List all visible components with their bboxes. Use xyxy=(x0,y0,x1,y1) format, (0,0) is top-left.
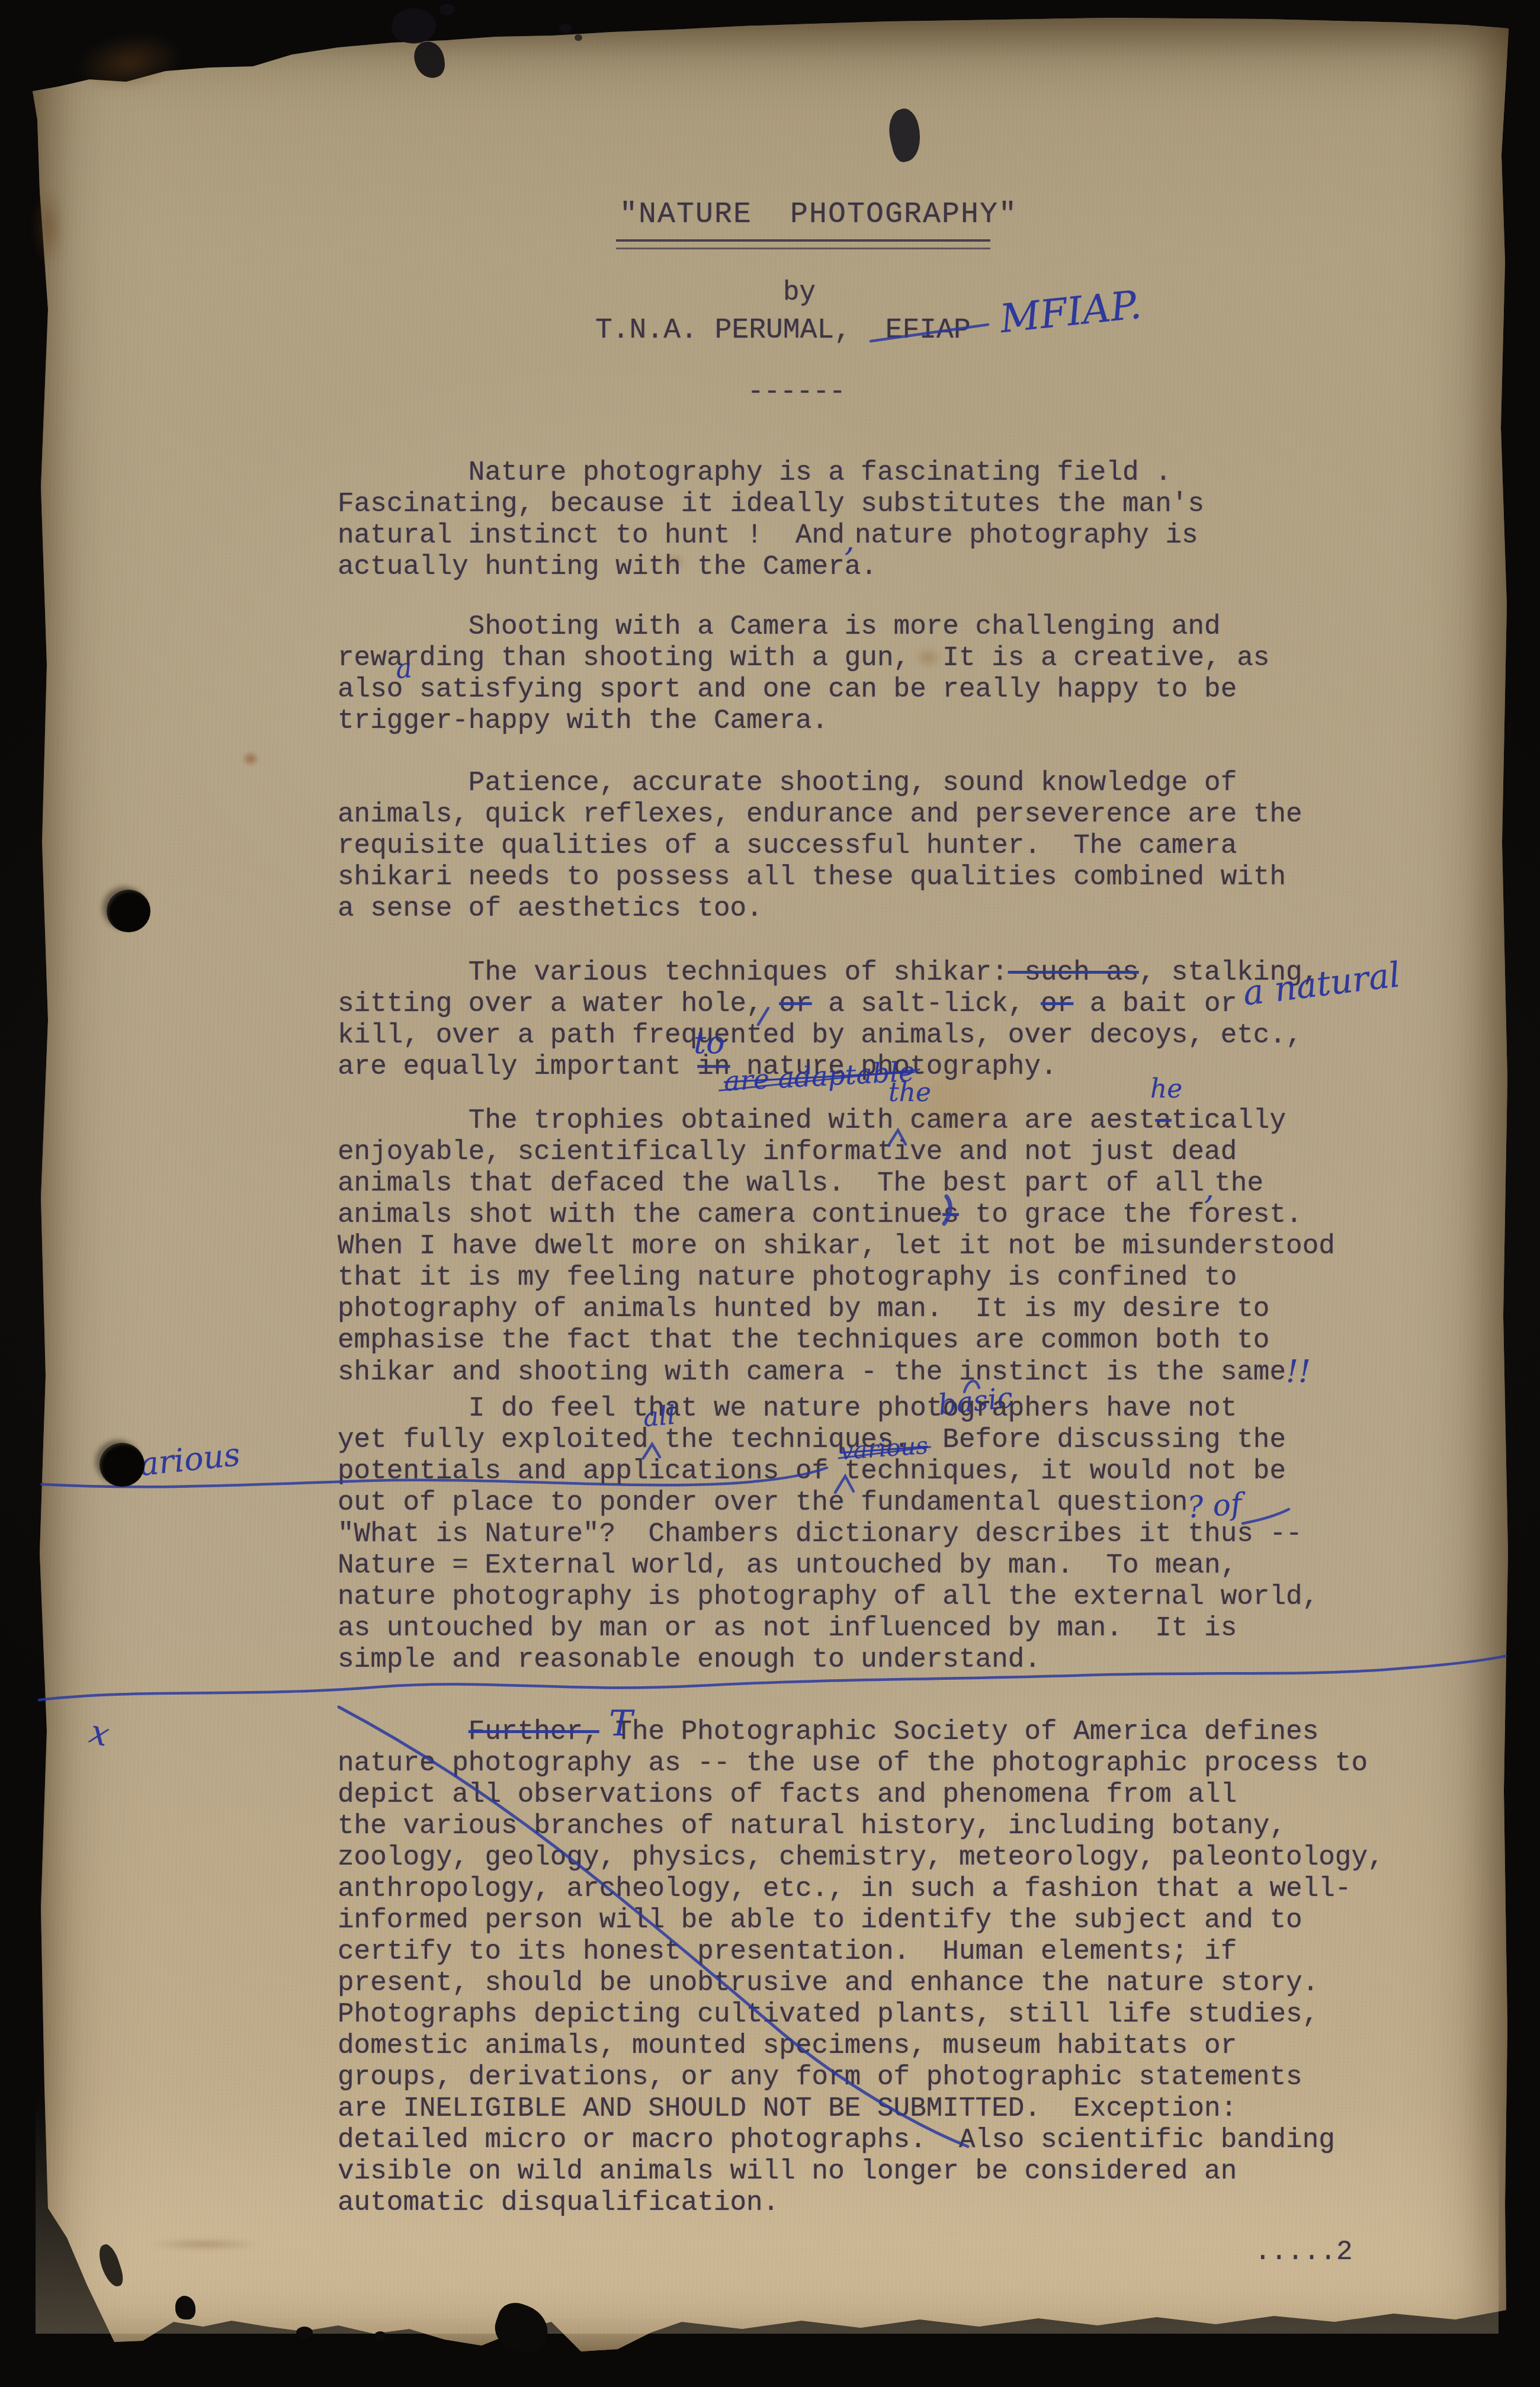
title-underline xyxy=(616,239,990,249)
typed-line: kill, over a path frequented by animals,… xyxy=(338,1020,1318,1051)
paragraph: The trophies obtained with camera are ae… xyxy=(338,1105,1335,1388)
typed-line: animals that defaced the walls. The best… xyxy=(338,1168,1335,1199)
typed-line: shikar and shooting with camera - the in… xyxy=(338,1356,1335,1388)
struck-credential: EFIAP xyxy=(885,315,971,346)
pen-struck-text: or xyxy=(1041,989,1073,1019)
typed-line: I do feel that we nature photographers h… xyxy=(338,1393,1318,1424)
typed-line: are INELIGIBLE AND SHOULD NOT BE SUBMITT… xyxy=(338,2093,1384,2125)
typed-line: animals, quick reflexes, endurance and p… xyxy=(338,799,1302,830)
paragraph: Patience, accurate shooting, sound knowl… xyxy=(338,768,1302,925)
typed-line: detailed micro or macro photographs. Als… xyxy=(338,2125,1384,2156)
pen-struck-text: s xyxy=(942,1199,959,1230)
typed-line: depict all observations of facts and phe… xyxy=(338,1779,1384,1811)
typed-line: actually hunting with the Camera. xyxy=(338,551,1204,583)
typed-line: photography of animals hunted by man. It… xyxy=(338,1294,1335,1325)
handwritten-insert: he xyxy=(1150,1073,1182,1105)
typed-line: informed person will be able to identify… xyxy=(338,1905,1384,1936)
typed-line: anthropology, archeology, etc., in such … xyxy=(338,1873,1384,1905)
typed-line: also satisfying sport and one can be rea… xyxy=(338,674,1269,705)
scribbled-out-note: various xyxy=(839,1430,929,1468)
typed-line: rewarding than shooting with a gun, It i… xyxy=(338,643,1269,674)
pen-struck-text: such as xyxy=(1008,957,1139,988)
typed-line: automatic disqualification. xyxy=(338,2187,1384,2219)
punch-hole xyxy=(100,1443,145,1487)
typed-line: the various branches of natural history,… xyxy=(338,1811,1384,1842)
typed-line: The various techniques of shikar: such a… xyxy=(338,957,1318,989)
handwritten-exclamations: !! xyxy=(1286,1356,1311,1388)
handwritten-insert: a xyxy=(394,652,413,685)
typed-line: visible on wild animals will no longer b… xyxy=(338,2156,1384,2187)
typed-line: When I have dwelt more on shikar, let it… xyxy=(338,1231,1335,1262)
typed-line: animals shot with the camera continues t… xyxy=(338,1199,1335,1231)
author-name: T.N.A. PERUMAL, xyxy=(595,315,885,346)
punch-hole xyxy=(107,890,150,932)
typed-line: enjoyable, scientifically informative an… xyxy=(338,1137,1335,1168)
typed-line: Fascinating, because it ideally substitu… xyxy=(338,489,1204,520)
paragraph: I do feel that we nature photographers h… xyxy=(338,1393,1318,1676)
typed-line: certify to its honest presentation. Huma… xyxy=(338,1936,1384,1968)
paragraph: The various techniques of shikar: such a… xyxy=(338,957,1318,1083)
typed-line: "What is Nature"? Chambers dictionary de… xyxy=(338,1519,1318,1550)
typed-line: Further, The Photographic Society of Ame… xyxy=(338,1717,1384,1748)
typed-line: Shooting with a Camera is more challengi… xyxy=(338,611,1269,643)
page-number: .....2 xyxy=(1255,2237,1353,2268)
typed-line: nature photography is photography of all… xyxy=(338,1581,1318,1613)
handwritten-insert: all xyxy=(642,1400,677,1434)
title-divider: ------ xyxy=(747,377,846,408)
typed-line: Nature photography is a fascinating fiel… xyxy=(338,457,1204,489)
typed-line: present, should be unobtrusive and enhan… xyxy=(338,1968,1384,1999)
typed-line: The trophies obtained with camera are ae… xyxy=(338,1105,1335,1137)
typed-line: yet fully exploited the techniques. Befo… xyxy=(338,1424,1318,1456)
pen-struck-text: Further, xyxy=(469,1717,599,1747)
ink-blot xyxy=(439,4,455,15)
typed-line: out of place to ponder over the fundamen… xyxy=(338,1487,1318,1519)
typed-line: as untouched by man or as not influenced… xyxy=(338,1613,1318,1644)
paragraph: Shooting with a Camera is more challengi… xyxy=(338,611,1269,737)
typed-line: groups, derivations, or any form of phot… xyxy=(338,2062,1384,2093)
byline: by xyxy=(783,277,816,309)
pen-struck-text: or xyxy=(779,989,811,1019)
handwritten-insert: the xyxy=(888,1077,931,1108)
paragraph: Nature photography is a fascinating fiel… xyxy=(338,457,1204,583)
typed-line: that it is my feeling nature photography… xyxy=(338,1262,1335,1294)
ink-blot xyxy=(559,24,572,33)
typed-line: simple and reasonable enough to understa… xyxy=(338,1644,1318,1676)
typed-line: Nature = External world, as untouched by… xyxy=(338,1550,1318,1581)
scanned-document: "NATURE PHOTOGRAPHY" by T.N.A. PERUMAL, … xyxy=(0,0,1540,2387)
typed-line: a sense of aesthetics too. xyxy=(338,893,1302,925)
typed-line: shikari needs to possess all these quali… xyxy=(338,862,1302,893)
typed-line: domestic animals, mounted specimens, mus… xyxy=(338,2030,1384,2062)
pen-struck-text: a xyxy=(1155,1105,1172,1136)
typed-line: natural instinct to hunt ! And,nature ph… xyxy=(338,520,1204,551)
typed-line: emphasise the fact that the techniques a… xyxy=(338,1325,1335,1356)
handwritten-correction: to xyxy=(694,1028,724,1059)
typed-line: Patience, accurate shooting, sound knowl… xyxy=(338,768,1302,799)
typed-line: trigger-happy with the Camera. xyxy=(338,705,1269,737)
typed-line: sitting over a water hole, or a salt-lic… xyxy=(338,989,1318,1020)
page-title: "NATURE PHOTOGRAPHY" xyxy=(620,199,1018,230)
handwritten-capital: T xyxy=(609,1708,633,1740)
author-line: T.N.A. PERUMAL, EFIAP xyxy=(595,315,971,346)
typed-line: zoology, geology, physics, chemistry, me… xyxy=(338,1842,1384,1873)
paragraph: Further, The Photographic Society of Ame… xyxy=(338,1717,1384,2219)
typed-line: potentials and applications of technique… xyxy=(338,1456,1318,1487)
typed-line: Photographs depicting cultivated plants,… xyxy=(338,1999,1384,2030)
typed-line: nature photography as -- the use of the … xyxy=(338,1748,1384,1779)
typed-line: requisite qualities of a successful hunt… xyxy=(338,830,1302,862)
